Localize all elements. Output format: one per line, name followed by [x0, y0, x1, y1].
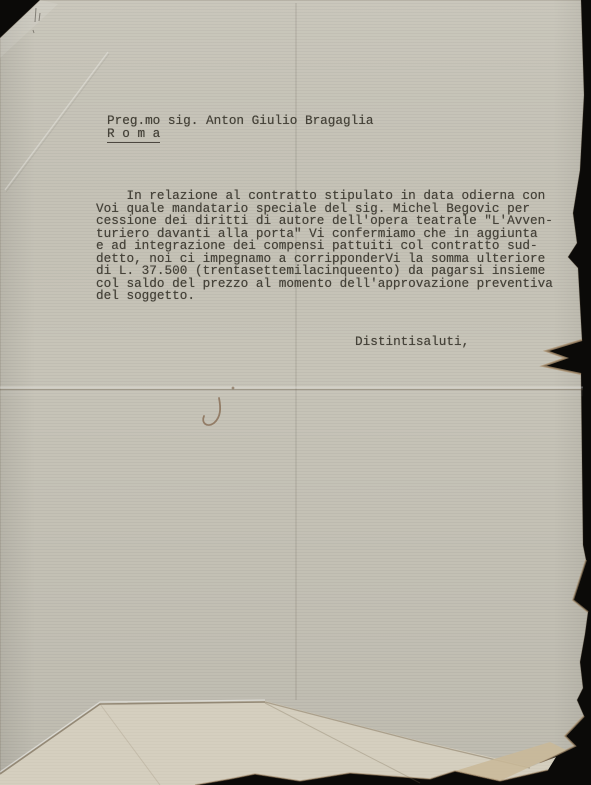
city-line-underlined: R o m a	[107, 128, 160, 143]
letter-body: In relazione al contratto stipulato in d…	[96, 190, 576, 303]
letter-text-layer: Preg.mo sig. Anton Giulio Bragaglia R o …	[0, 0, 591, 785]
closing-salutation: Distintisaluti,	[355, 336, 469, 349]
letter-scan-page: Preg.mo sig. Anton Giulio Bragaglia R o …	[0, 0, 591, 785]
